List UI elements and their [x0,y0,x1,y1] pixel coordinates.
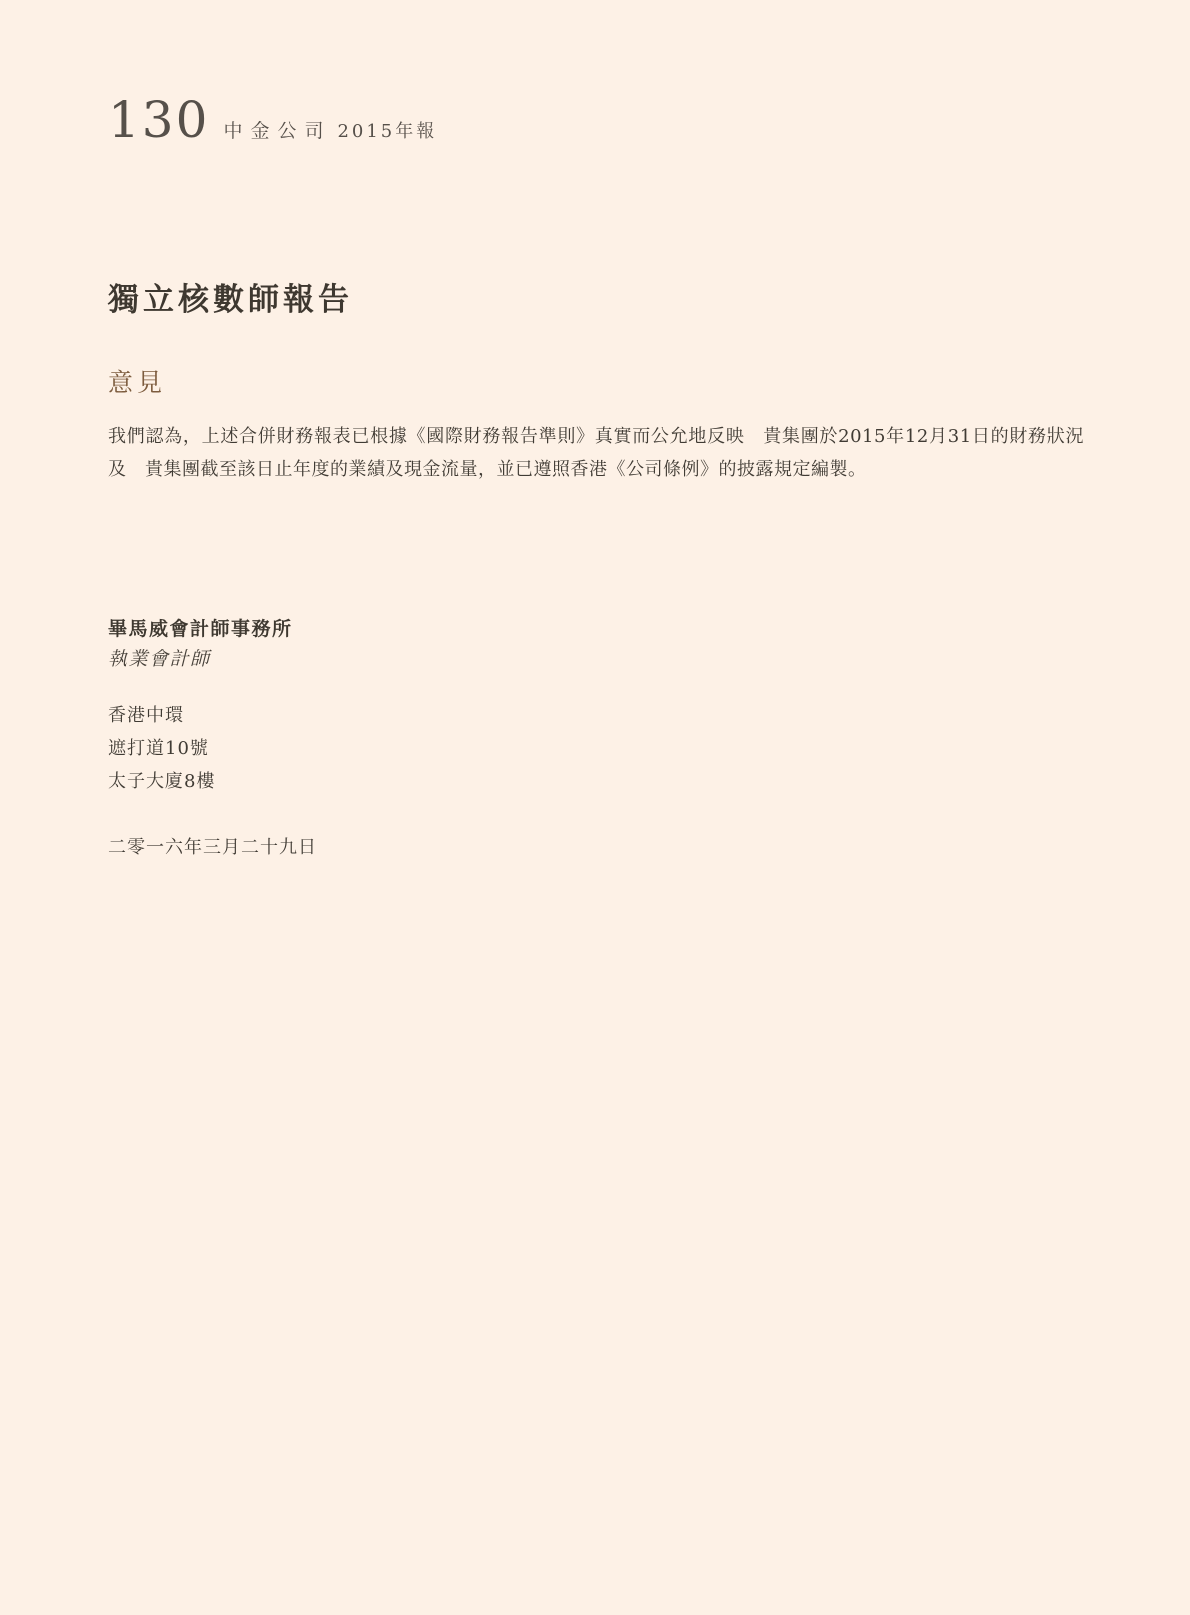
address-block: 香港中環 遮打道10號 太子大廈8樓 [108,699,1084,798]
company-name: 中金公司 [223,116,331,143]
page-number: 130 [108,92,209,148]
opinion-heading: 意見 [108,366,1084,400]
running-header: 130 中金公司 2015年報 [108,0,1084,148]
report-title: 獨立核數師報告 [108,280,1084,320]
address-line: 太子大廈8樓 [108,765,1084,798]
opinion-section: 意見 我們認為，上述合併財務報表已根據《國際財務報告準則》真實而公允地反映 貴集… [108,366,1084,486]
address-line: 遮打道10號 [108,732,1084,765]
edition-label: 2015年報 [337,117,437,143]
address-line: 香港中環 [108,699,1084,732]
audit-firm-name: 畢馬威會計師事務所 [108,614,1084,644]
report-date: 二零一六年三月二十九日 [108,831,1084,864]
audit-firm-designation: 執業會計師 [108,644,1084,675]
report-page: 130 中金公司 2015年報 獨立核數師報告 意見 我們認為，上述合併財務報表… [0,0,1190,1615]
opinion-paragraph: 我們認為，上述合併財務報表已根據《國際財務報告準則》真實而公允地反映 貴集團於2… [108,420,1084,486]
page-content: 130 中金公司 2015年報 獨立核數師報告 意見 我們認為，上述合併財務報表… [0,0,1190,864]
signature-block: 畢馬威會計師事務所 執業會計師 香港中環 遮打道10號 太子大廈8樓 二零一六年… [108,614,1084,864]
